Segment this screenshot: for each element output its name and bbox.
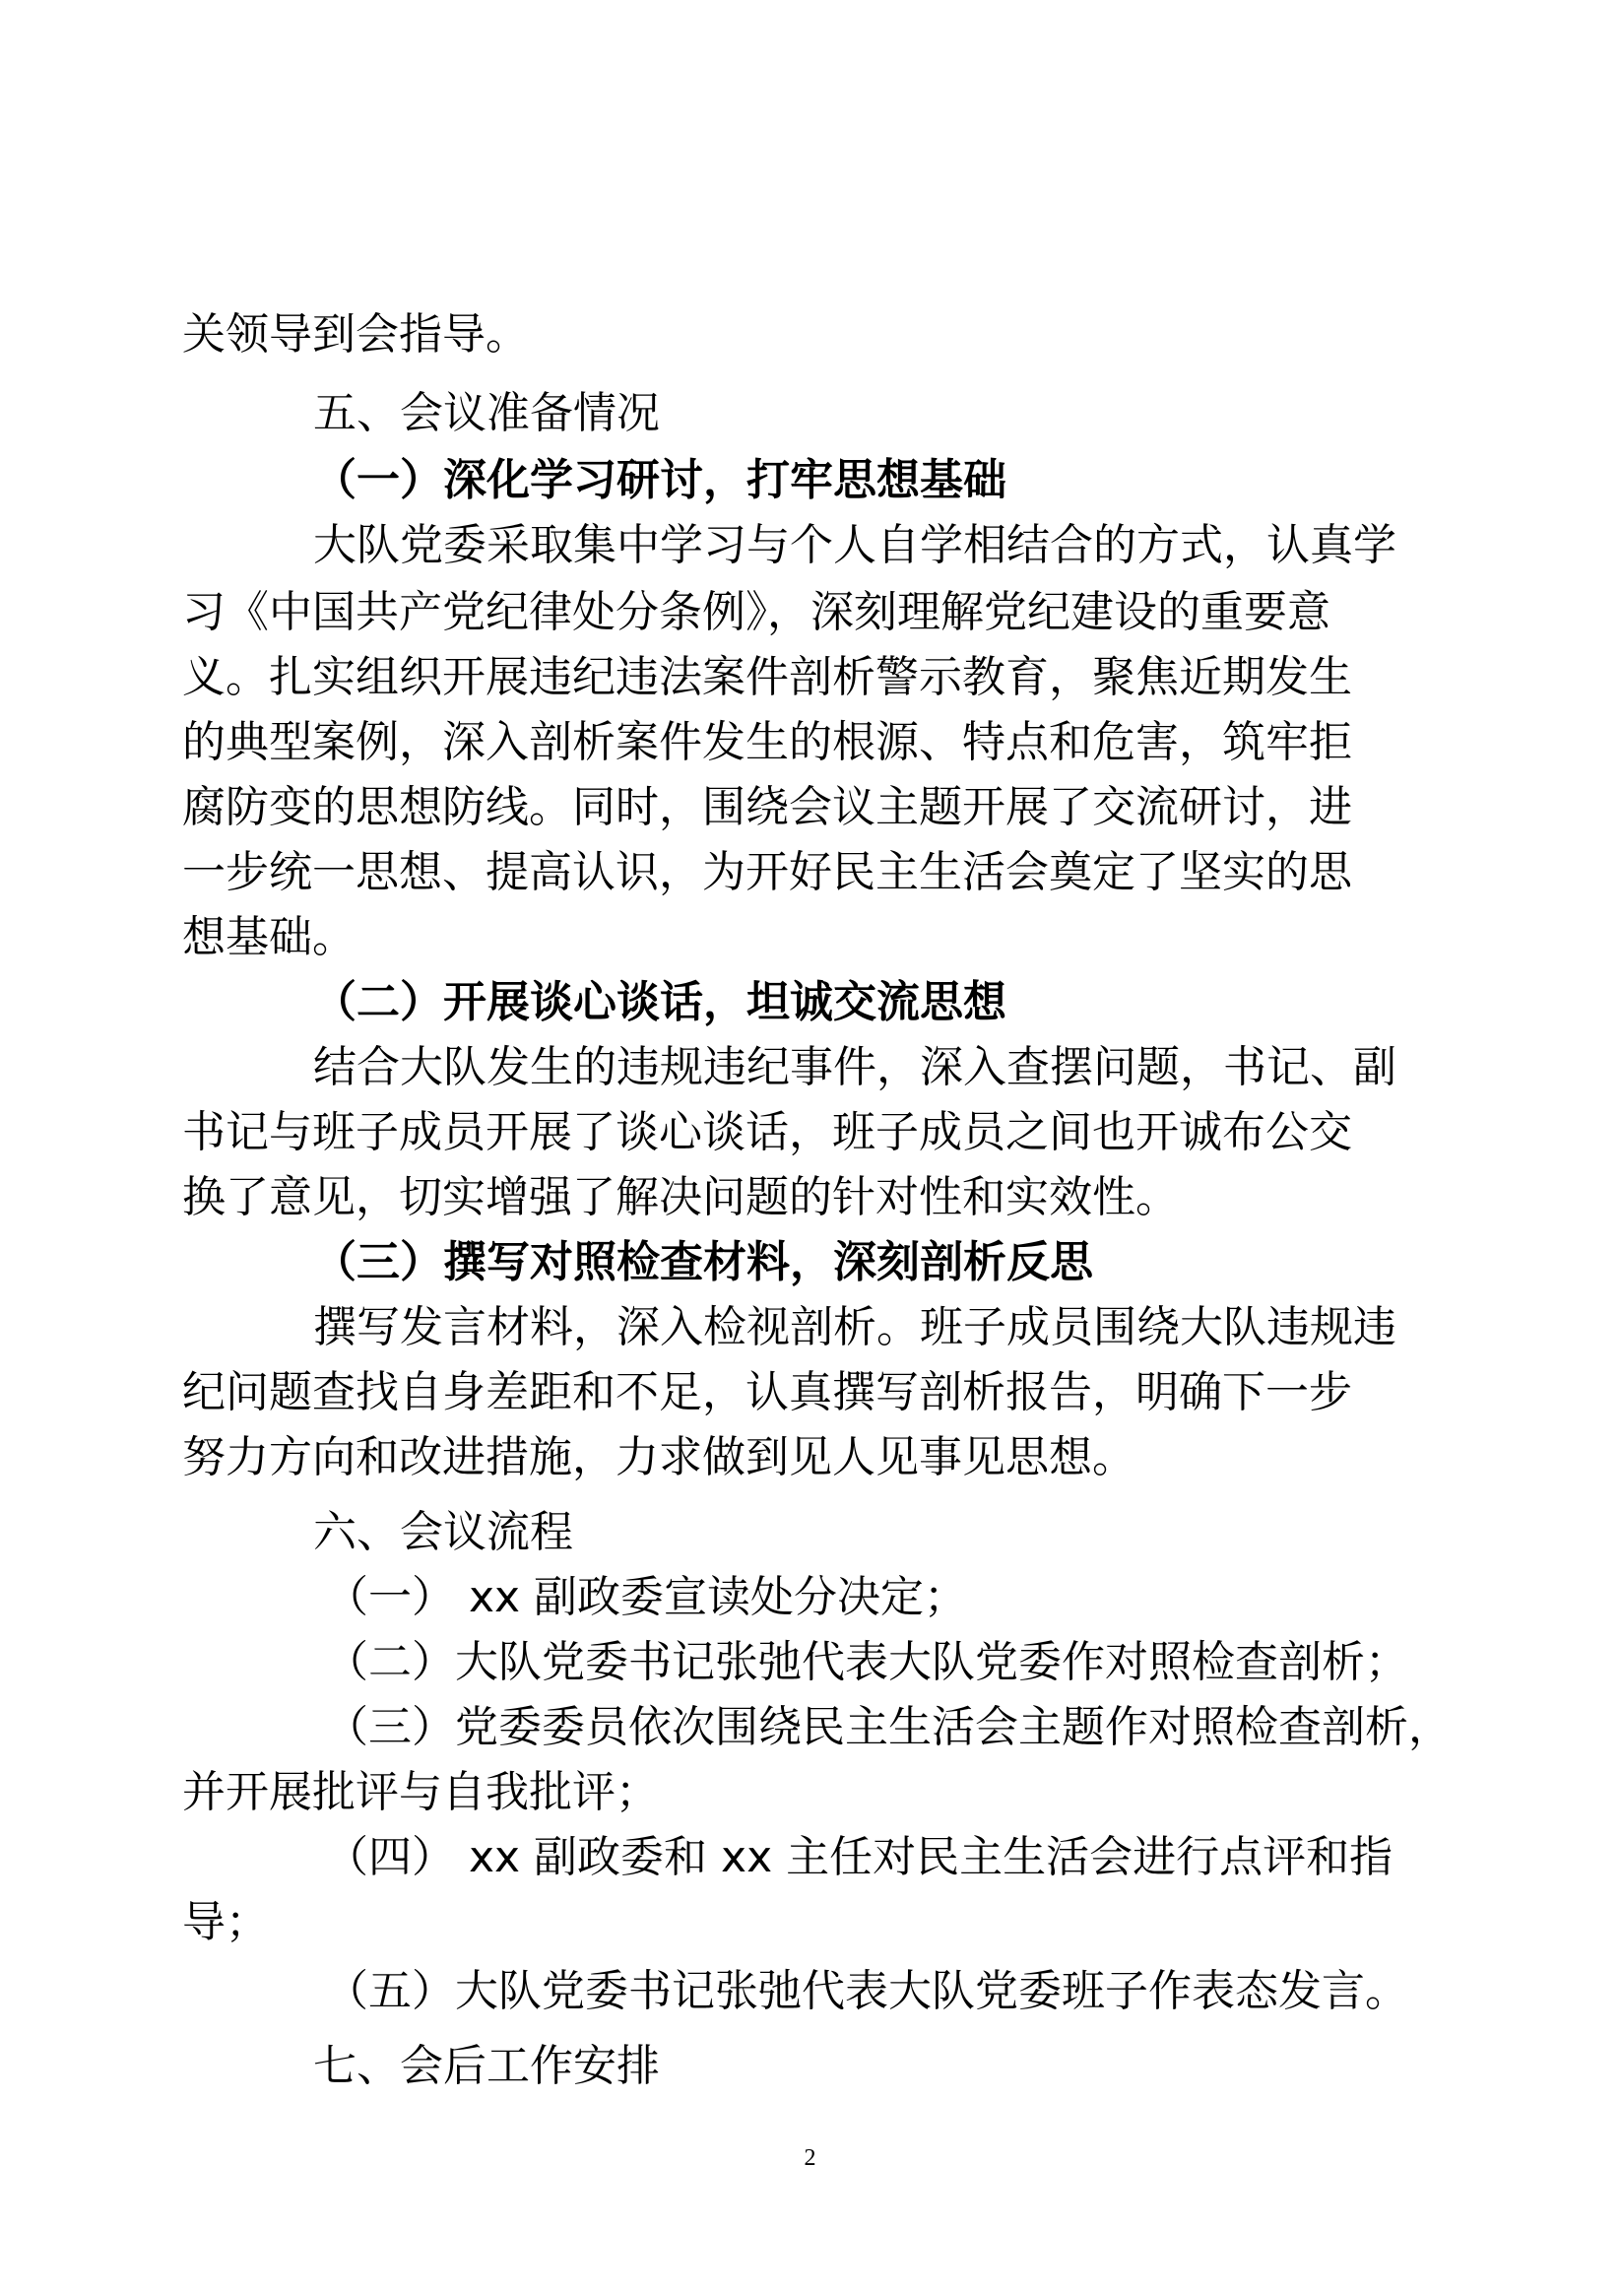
- text-line: 想基础。: [182, 910, 356, 965]
- text-line: 努力方向和改进措施，力求做到见人见事见思想。: [182, 1430, 1135, 1485]
- subsection-heading: （一）深化学习研讨，打牢思想基础: [313, 453, 1006, 508]
- list-item: （五）大队党委书记张弛代表大队党委班子作表态发言。: [325, 1964, 1408, 2019]
- subsection-heading: （二）开展谈心谈话，坦诚交流思想: [313, 975, 1006, 1030]
- page-number: 2: [0, 2145, 1620, 2172]
- text-line: 一步统一思想、提高认识，为开好民主生活会奠定了坚实的思: [182, 845, 1352, 900]
- text-line: 结合大队发生的违规违纪事件，深入查摆问题，书记、副: [313, 1040, 1396, 1095]
- text-line: 撰写发言材料，深入检视剖析。班子成员围绕大队违规违: [313, 1300, 1396, 1355]
- list-item: （四） xx 副政委和 xx 主任对民主生活会进行点评和指: [325, 1830, 1393, 1885]
- text-line: 的典型案例，深入剖析案件发生的根源、特点和危害，筑牢拒: [182, 715, 1352, 770]
- text-line: 并开展批评与自我批评；: [182, 1765, 659, 1820]
- text-line: 大队党委采取集中学习与个人自学相结合的方式，认真学: [313, 518, 1396, 573]
- text-line: 导；: [182, 1895, 269, 1950]
- text-line: 义。扎实组织开展违纪违法案件剖析警示教育，聚焦近期发生: [182, 650, 1352, 705]
- text-line: 换了意见，切实增强了解决问题的针对性和实效性。: [182, 1170, 1179, 1225]
- text-line: 书记与班子成员开展了谈心谈话，班子成员之间也开诚布公交: [182, 1105, 1352, 1160]
- section-heading: 六、会议流程: [313, 1505, 573, 1560]
- section-heading: 五、会议准备情况: [313, 386, 660, 441]
- text-line: 腐防变的思想防线。同时，围绕会议主题开展了交流研讨，进: [182, 780, 1352, 835]
- text-line: 纪问题查找自身差距和不足，认真撰写剖析报告，明确下一步: [182, 1365, 1352, 1420]
- section-heading: 七、会后工作安排: [313, 2039, 660, 2094]
- text-line: 习《中国共产党纪律处分条例》，深刻理解党纪建设的重要意: [182, 585, 1330, 640]
- text-line: 关领导到会指导。: [182, 307, 529, 362]
- list-item: （二）大队党委书记张弛代表大队党委作对照检查剖析；: [325, 1635, 1408, 1690]
- subsection-heading: （三）撰写对照检查材料，深刻剖析反思: [313, 1235, 1093, 1290]
- list-item: （三）党委委员依次围绕民主生活会主题作对照检查剖析，: [325, 1700, 1452, 1755]
- list-item: （一） xx 副政委宣读处分决定；: [325, 1570, 967, 1625]
